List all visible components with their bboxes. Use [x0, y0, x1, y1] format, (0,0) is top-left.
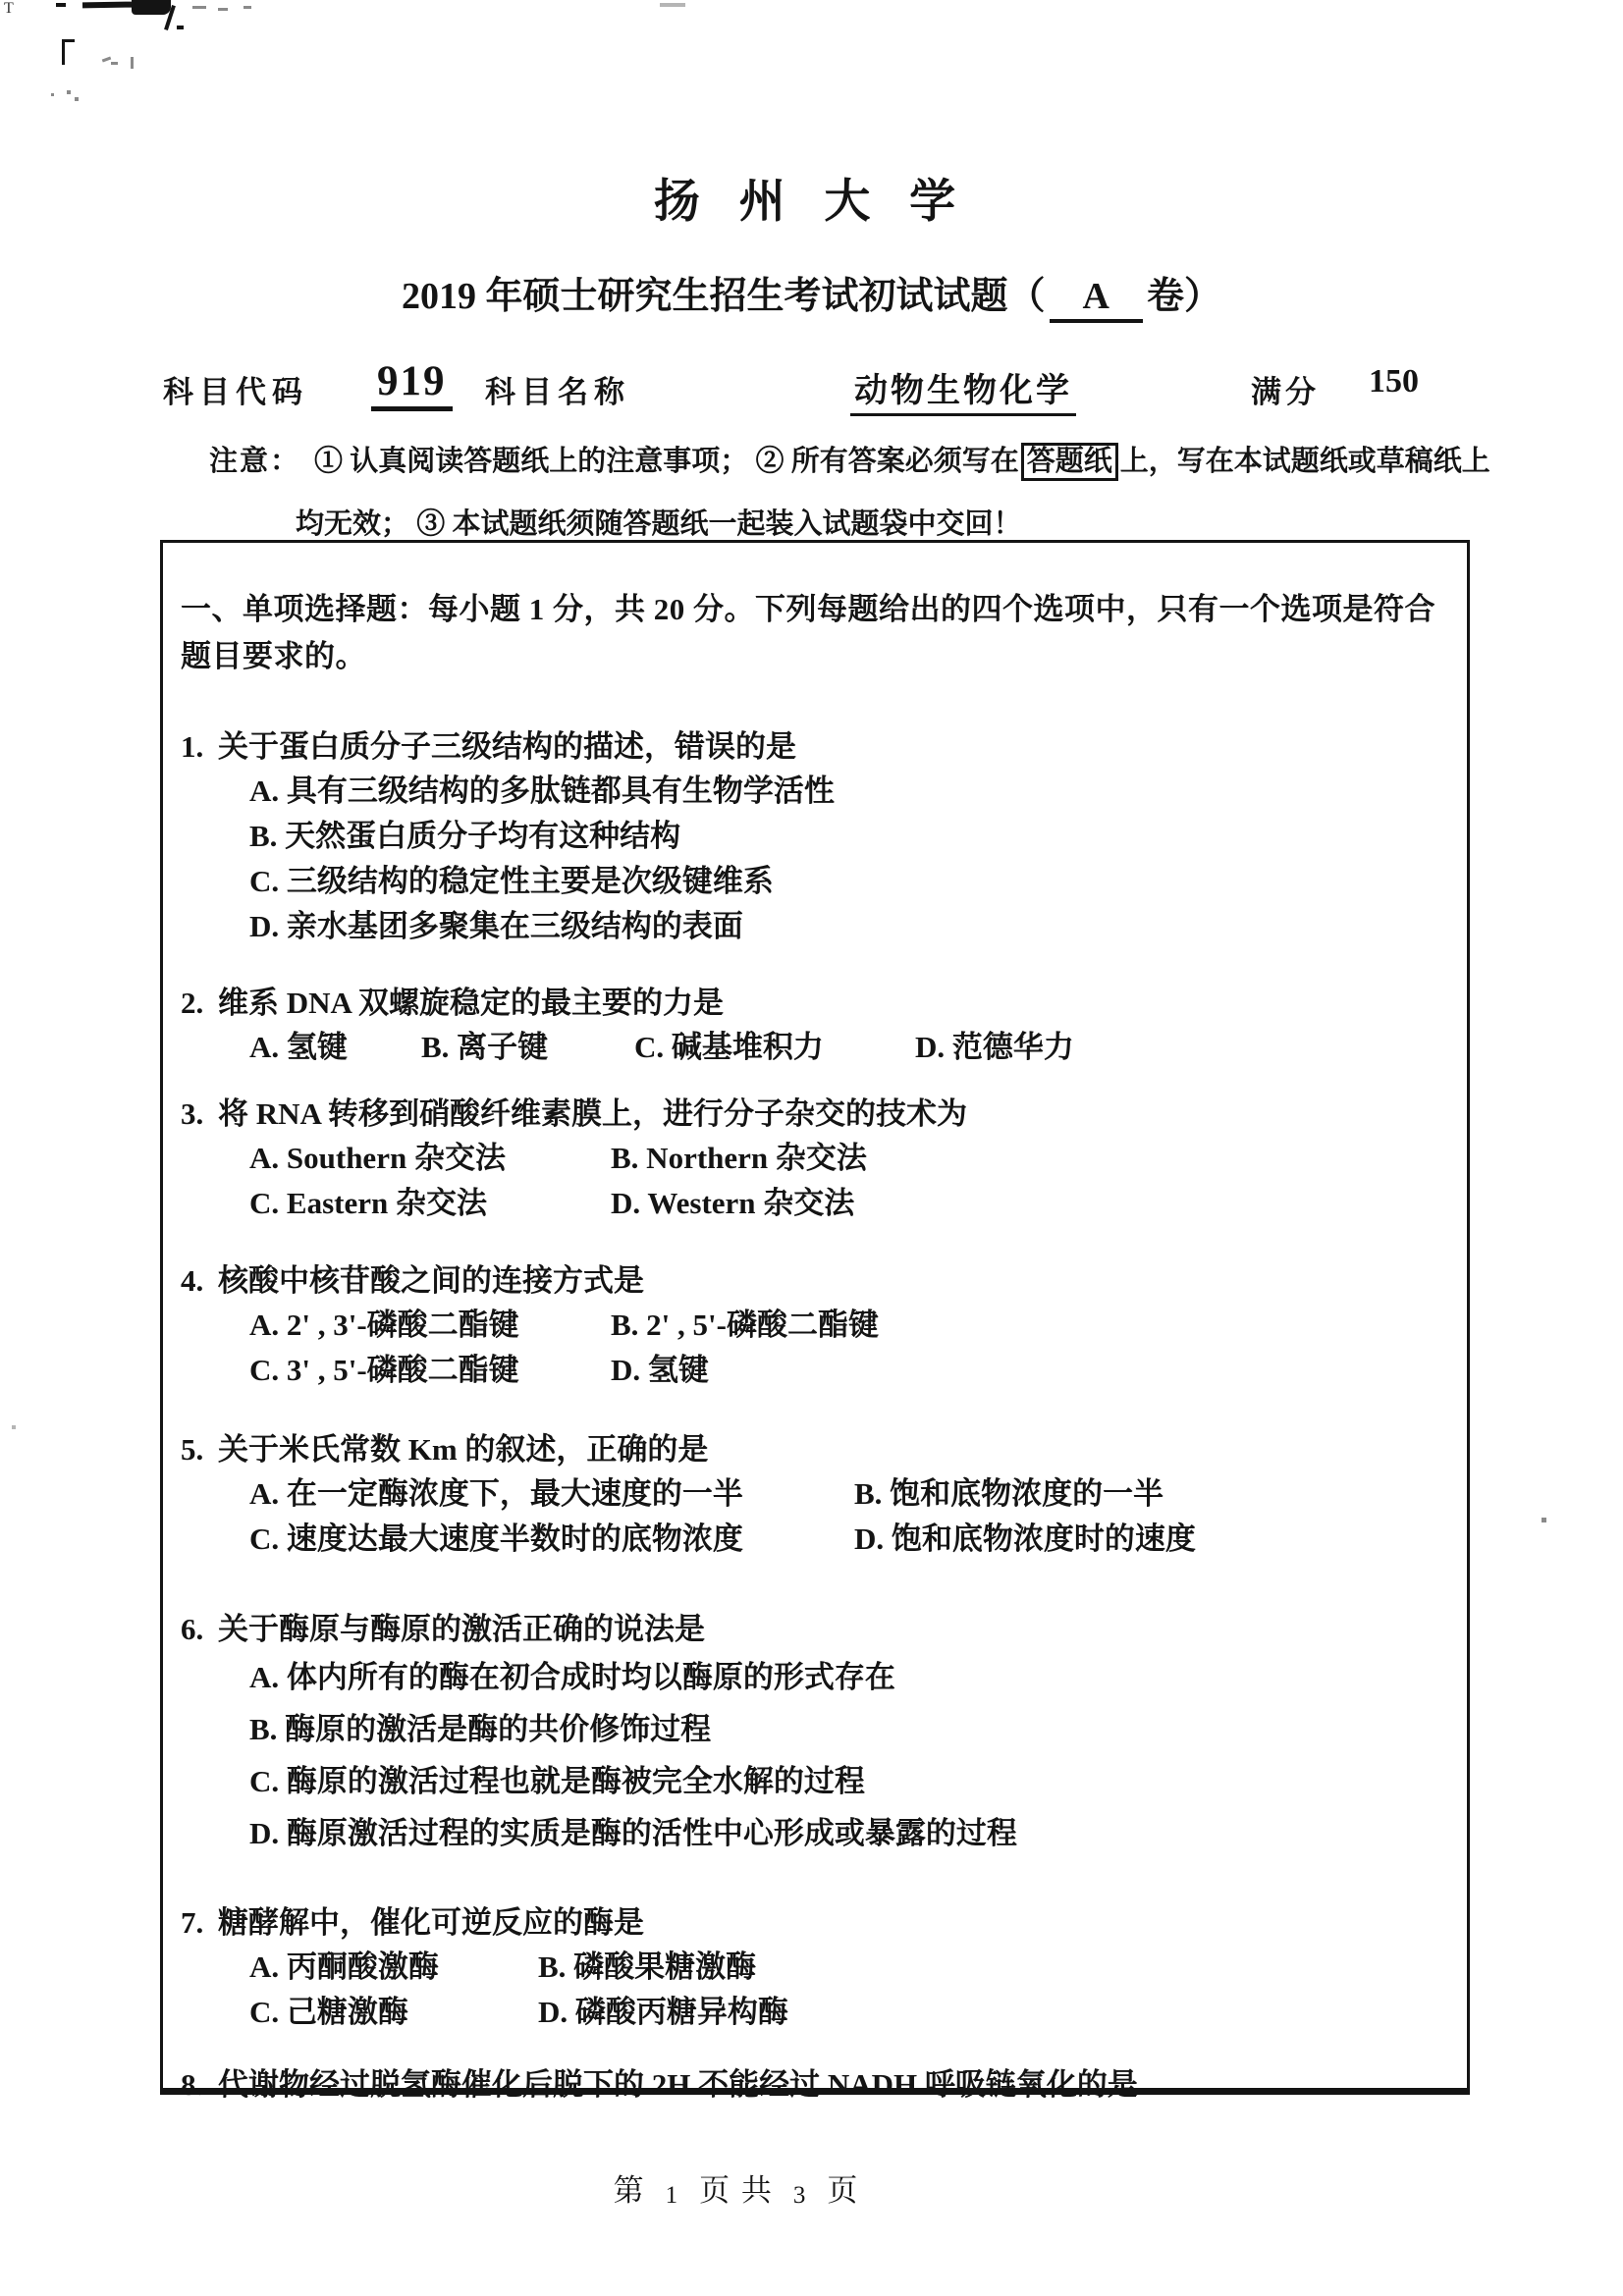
- notice-line-2: 均无效； ③ 本试题纸须随答题纸一起装入试题袋中交回！: [296, 505, 1515, 544]
- subject-name-value: 动物生物化学: [850, 363, 1076, 416]
- option-line: D. 亲水基团多聚集在三级结构的表面: [249, 904, 1449, 949]
- option: D. 酶原激活过程的实质是酶的活性中心形成或暴露的过程: [249, 1807, 1017, 1859]
- option-line: A. 2' , 3'-磷酸二酯键B. 2' , 5'-磷酸二酯键: [249, 1303, 1449, 1348]
- option-line: A. 氢键B. 离子键C. 碱基堆积力D. 范德华力: [249, 1025, 1449, 1070]
- question-stem-text: 糖酵解中，催化可逆反应的酶是: [218, 1905, 644, 1940]
- scan-artifact: [1542, 1518, 1546, 1522]
- option: A. 丙酮酸激酶: [249, 1945, 538, 1990]
- scan-artifact: [132, 0, 171, 15]
- section-one-heading: 一、单项选择题：每小题 1 分，共 20 分。下列每题给出的四个选项中，只有一个…: [181, 586, 1449, 680]
- footer-total-pages: 3: [780, 2182, 822, 2209]
- option: D. 饱和底物浓度时的速度: [854, 1517, 1196, 1562]
- option-line: C. 3' , 5'-磷酸二酯键D. 氢键: [249, 1348, 1449, 1393]
- question-number: 7.: [181, 1901, 218, 1945]
- scan-artifact: [243, 6, 251, 9]
- question-stem-text: 将 RNA 转移到硝酸纤维素膜上，进行分子杂交的技术为: [218, 1096, 967, 1131]
- exam-title: 2019 年硕士研究生招生考试初试试题（A卷）: [0, 265, 1623, 323]
- scan-artifact: [192, 6, 206, 9]
- question-stem-text: 核酸中核苷酸之间的连接方式是: [218, 1263, 644, 1298]
- question-stem: 3.将 RNA 转移到硝酸纤维素膜上，进行分子杂交的技术为: [181, 1093, 1449, 1136]
- question-stem-text: 代谢物经过脱氢酶催化后脱下的 2H 不能经过 NADH 呼吸链氧化的是: [218, 2067, 1138, 2102]
- question-box: 一、单项选择题：每小题 1 分，共 20 分。下列每题给出的四个选项中，只有一个…: [160, 540, 1470, 2095]
- option-line: A. Southern 杂交法B. Northern 杂交法: [249, 1136, 1449, 1181]
- option-line: C. 三级结构的稳定性主要是次级键维系: [249, 859, 1449, 904]
- scan-artifact: [67, 90, 71, 94]
- question-stem: 1.关于蛋白质分子三级结构的描述，错误的是: [181, 725, 1449, 769]
- question-stem: 5.关于米氏常数 Km 的叙述，正确的是: [181, 1428, 1449, 1471]
- option: A. 体内所有的酶在初合成时均以酶原的形式存在: [249, 1651, 895, 1703]
- option-line: A. 在一定酶浓度下，最大速度的一半B. 饱和底物浓度的一半: [249, 1471, 1449, 1517]
- university-title: 扬 州 大 学: [0, 165, 1623, 231]
- option-line: C. Eastern 杂交法D. Western 杂交法: [249, 1181, 1449, 1226]
- scan-artifact: [62, 39, 65, 65]
- option-line: A. 丙酮酸激酶B. 磷酸果糖激酶: [249, 1945, 1449, 1990]
- footer-word-middle: 页 共: [693, 2173, 780, 2208]
- scan-artifact: [177, 26, 184, 29]
- option: D. Western 杂交法: [611, 1181, 854, 1226]
- option: B. 离子键: [421, 1025, 634, 1070]
- footer-word-last: 页: [821, 2173, 865, 2208]
- scan-artifact: [660, 3, 685, 7]
- question-q8: 8.代谢物经过脱氢酶催化后脱下的 2H 不能经过 NADH 呼吸链氧化的是: [181, 2063, 1449, 2107]
- question-q7: 7.糖酵解中，催化可逆反应的酶是A. 丙酮酸激酶B. 磷酸果糖激酶C. 己糖激酶…: [181, 1901, 1449, 2035]
- notice-block: 注意：① 认真阅读答题纸上的注意事项； ② 所有答案必须写在答题纸上，写在本试题…: [209, 442, 1515, 544]
- scan-artifact: [102, 57, 111, 63]
- question-stem: 4.核酸中核苷酸之间的连接方式是: [181, 1259, 1449, 1303]
- notice-line1-before: ① 认真阅读答题纸上的注意事项； ② 所有答案必须写在: [314, 446, 1019, 477]
- question-stem-text: 关于米氏常数 Km 的叙述，正确的是: [218, 1432, 708, 1467]
- subject-code-value: 919: [371, 357, 453, 411]
- option: B. 磷酸果糖激酶: [538, 1945, 756, 1990]
- option-line: C. 速度达最大速度半数时的底物浓度D. 饱和底物浓度时的速度: [249, 1517, 1449, 1562]
- option: C. 速度达最大速度半数时的底物浓度: [249, 1517, 854, 1562]
- question-number: 8.: [181, 2063, 218, 2107]
- option: D. 范德华力: [915, 1025, 1074, 1070]
- question-stem: 8.代谢物经过脱氢酶催化后脱下的 2H 不能经过 NADH 呼吸链氧化的是: [181, 2063, 1449, 2107]
- option: A. 在一定酶浓度下，最大速度的一半: [249, 1471, 854, 1517]
- option: D. 氢键: [611, 1348, 709, 1393]
- subject-info-row: 科目代码 919 科目名称 动物生物化学 满分 150: [0, 357, 1623, 420]
- option-line: C. 己糖激酶D. 磷酸丙糖异构酶: [249, 1990, 1449, 2035]
- notice-line1-after: 上，写在本试题纸或草稿纸上: [1120, 446, 1490, 477]
- question-stem-text: 维系 DNA 双螺旋稳定的最主要的力是: [218, 986, 724, 1020]
- option: D. 磷酸丙糖异构酶: [538, 1990, 788, 2035]
- scan-artifact: [56, 3, 66, 7]
- option-line: B. 酶原的激活是酶的共价修饰过程: [249, 1703, 1449, 1755]
- subject-code-label: 科目代码: [163, 367, 308, 411]
- option: B. 酶原的激活是酶的共价修饰过程: [249, 1703, 711, 1755]
- notice-line-1: 注意：① 认真阅读答题纸上的注意事项； ② 所有答案必须写在答题纸上，写在本试题…: [209, 442, 1515, 481]
- question-number: 2.: [181, 982, 218, 1025]
- question-number: 1.: [181, 725, 218, 769]
- option-line: B. 天然蛋白质分子均有这种结构: [249, 814, 1449, 859]
- footer-word-first: 第: [608, 2173, 652, 2208]
- option: B. Northern 杂交法: [611, 1136, 867, 1181]
- option-line: D. 酶原激活过程的实质是酶的活性中心形成或暴露的过程: [249, 1807, 1449, 1859]
- question-q5: 5.关于米氏常数 Km 的叙述，正确的是A. 在一定酶浓度下，最大速度的一半B.…: [181, 1428, 1449, 1562]
- scan-artifact: [82, 2, 132, 9]
- option-line: A. 具有三级结构的多肽链都具有生物学活性: [249, 769, 1449, 814]
- option: A. 具有三级结构的多肽链都具有生物学活性: [249, 769, 835, 814]
- option: B. 饱和底物浓度的一半: [854, 1471, 1163, 1517]
- subject-name-label: 科目名称: [485, 367, 630, 411]
- question-stem: 7.糖酵解中，催化可逆反应的酶是: [181, 1901, 1449, 1945]
- option-line: A. 体内所有的酶在初合成时均以酶原的形式存在: [249, 1651, 1449, 1703]
- paren-open: （: [1008, 276, 1046, 317]
- question-q6: 6.关于酶原与酶原的激活正确的说法是A. 体内所有的酶在初合成时均以酶原的形式存…: [181, 1608, 1449, 1859]
- option: B. 2' , 5'-磷酸二酯键: [611, 1303, 879, 1348]
- exam-title-text: 2019 年硕士研究生招生考试初试试题: [402, 276, 1008, 317]
- question-stem: 2.维系 DNA 双螺旋稳定的最主要的力是: [181, 982, 1449, 1025]
- option: A. 2' , 3'-磷酸二酯键: [249, 1303, 611, 1348]
- boxed-answer-sheet: 答题纸: [1021, 443, 1118, 481]
- notice-label: 注意：: [209, 446, 300, 477]
- question-q3: 3.将 RNA 转移到硝酸纤维素膜上，进行分子杂交的技术为A. Southern…: [181, 1093, 1449, 1226]
- option: C. 三级结构的稳定性主要是次级键维系: [249, 859, 774, 904]
- question-number: 6.: [181, 1608, 218, 1651]
- option: C. 己糖激酶: [249, 1990, 538, 2035]
- footer-page-number: 1: [652, 2182, 694, 2209]
- option: C. 3' , 5'-磷酸二酯键: [249, 1348, 611, 1393]
- option: C. 酶原的激活过程也就是酶被完全水解的过程: [249, 1755, 865, 1807]
- option: A. Southern 杂交法: [249, 1136, 611, 1181]
- option: C. Eastern 杂交法: [249, 1181, 611, 1226]
- option: D. 亲水基团多聚集在三级结构的表面: [249, 904, 743, 949]
- question-number: 4.: [181, 1259, 218, 1303]
- option: B. 天然蛋白质分子均有这种结构: [249, 814, 680, 859]
- scan-artifact-letter: T: [4, 0, 14, 18]
- scan-artifact: [131, 57, 134, 69]
- full-score-value: 150: [1369, 363, 1419, 400]
- question-stem-text: 关于蛋白质分子三级结构的描述，错误的是: [218, 729, 796, 764]
- question-q4: 4.核酸中核苷酸之间的连接方式是A. 2' , 3'-磷酸二酯键B. 2' , …: [181, 1259, 1449, 1393]
- option: C. 碱基堆积力: [634, 1025, 915, 1070]
- question-number: 3.: [181, 1093, 218, 1136]
- paren-close: 卷）: [1147, 276, 1221, 317]
- scan-artifact: [75, 97, 79, 101]
- question-stem: 6.关于酶原与酶原的激活正确的说法是: [181, 1608, 1449, 1651]
- option-line: C. 酶原的激活过程也就是酶被完全水解的过程: [249, 1755, 1449, 1807]
- question-number: 5.: [181, 1428, 218, 1471]
- scan-artifact: [111, 62, 118, 65]
- question-q2: 2.维系 DNA 双螺旋稳定的最主要的力是A. 氢键B. 离子键C. 碱基堆积力…: [181, 982, 1449, 1070]
- question-stem-text: 关于酶原与酶原的激活正确的说法是: [218, 1612, 705, 1646]
- scan-artifact: [12, 1425, 16, 1429]
- scan-artifact: [51, 93, 54, 96]
- full-score-label: 满分: [1251, 367, 1320, 411]
- paper-version-letter: A: [1050, 276, 1143, 323]
- page-footer: 第1页 共3页: [0, 2165, 1473, 2210]
- option: A. 氢键: [249, 1025, 421, 1070]
- question-q1: 1.关于蛋白质分子三级结构的描述，错误的是A. 具有三级结构的多肽链都具有生物学…: [181, 725, 1449, 949]
- questions-container: 1.关于蛋白质分子三级结构的描述，错误的是A. 具有三级结构的多肽链都具有生物学…: [181, 725, 1449, 2107]
- scan-artifact: [218, 8, 228, 11]
